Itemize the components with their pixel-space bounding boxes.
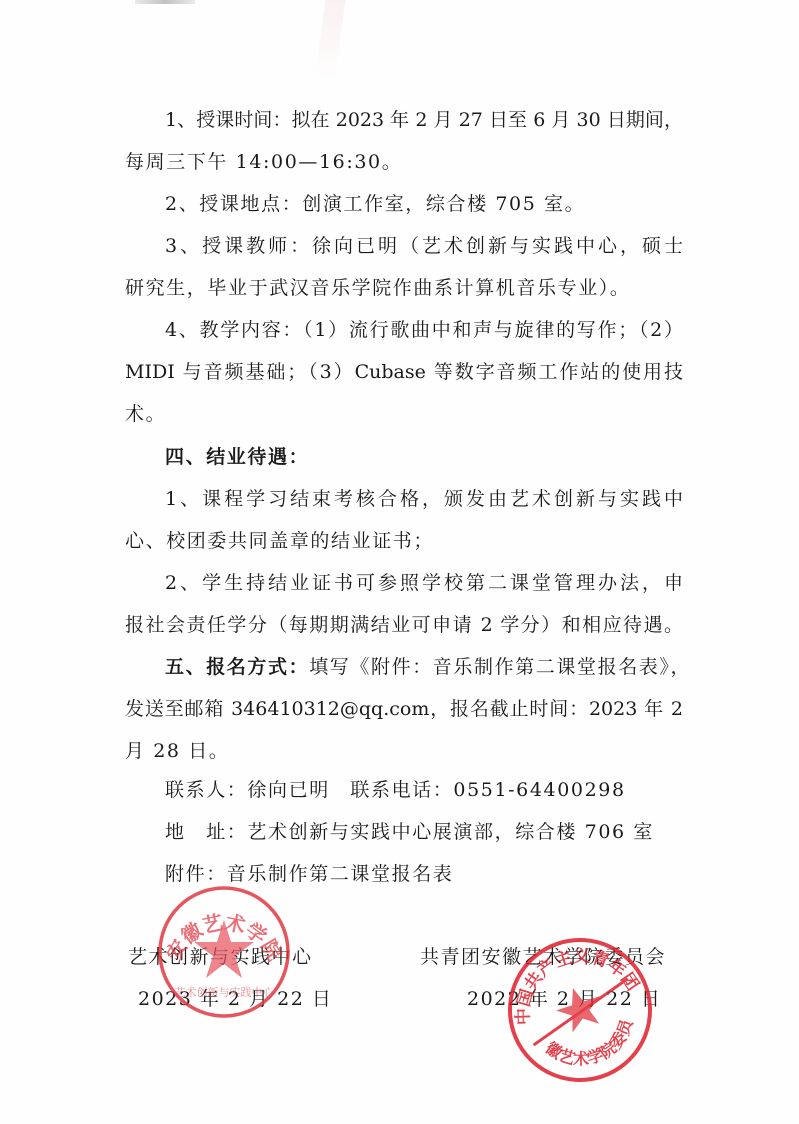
signature-date-right: 2022 年 2 月 22 日 [467, 986, 661, 1012]
section-4-heading: 四、结业待遇： [165, 444, 725, 470]
schedule-line-2: 每周三下午 14:00—16:30。 [125, 149, 685, 175]
registration-line-1: 五、报名方式：填写《附件：音乐制作第二课堂报名表》， [165, 654, 683, 680]
registration-line-3: 月 28 日。 [125, 738, 685, 764]
scan-artifact [135, 0, 195, 4]
teacher-line-2: 研究生，毕业于武汉音乐学院作曲系计算机音乐专业）。 [125, 275, 685, 301]
content-line-1: 4、教学内容：（1）流行歌曲中和声与旋律的写作；（2） [165, 317, 683, 343]
section-5-heading: 五、报名方式： [165, 656, 309, 678]
contact-person-line: 联系人：徐向已明 联系电话：0551-64400298 [165, 777, 725, 803]
attachment-line: 附件：音乐制作第二课堂报名表 [165, 861, 725, 887]
address-line: 地 址：艺术创新与实践中心展演部，综合楼 706 室 [165, 819, 725, 845]
completion-item-2-line-2: 报社会责任学分（每期期满结业可申请 2 学分）和相应待遇。 [125, 612, 683, 638]
scan-streak [314, 0, 345, 80]
content-line-2: MIDI 与音频基础；（3）Cubase 等数字音频工作站的使用技 [125, 359, 683, 385]
registration-instruction: 填写《附件：音乐制作第二课堂报名表》， [309, 656, 691, 678]
completion-item-1-line-2: 心、校团委共同盖章的结业证书； [125, 528, 685, 554]
completion-item-1-line-1: 1、课程学习结束考核合格，颁发由艺术创新与实践中 [165, 486, 683, 512]
completion-item-2-line-1: 2、学生持结业证书可参照学校第二课堂管理办法，申 [165, 570, 683, 596]
document-page: 1、授课时间：拟在 2023 年 2 月 27 日至 6 月 30 日期间， 每… [0, 0, 799, 1124]
registration-line-2: 发送至邮箱 346410312@qq.com，报名截止时间：2023 年 2 [125, 696, 683, 722]
location-line: 2、授课地点：创演工作室，综合楼 705 室。 [165, 191, 725, 217]
signature-org-right: 共青团安徽艺术学院委员会 [420, 944, 666, 970]
teacher-line-1: 3、授课教师：徐向已明（艺术创新与实践中心，硕士 [165, 233, 683, 259]
schedule-line-1: 1、授课时间：拟在 2023 年 2 月 27 日至 6 月 30 日期间， [165, 107, 683, 133]
content-line-3: 术。 [125, 401, 685, 427]
signature-date-left: 2023 年 2 月 22 日 [138, 986, 332, 1012]
signature-org-left: 艺术创新与实践中心 [128, 944, 313, 970]
